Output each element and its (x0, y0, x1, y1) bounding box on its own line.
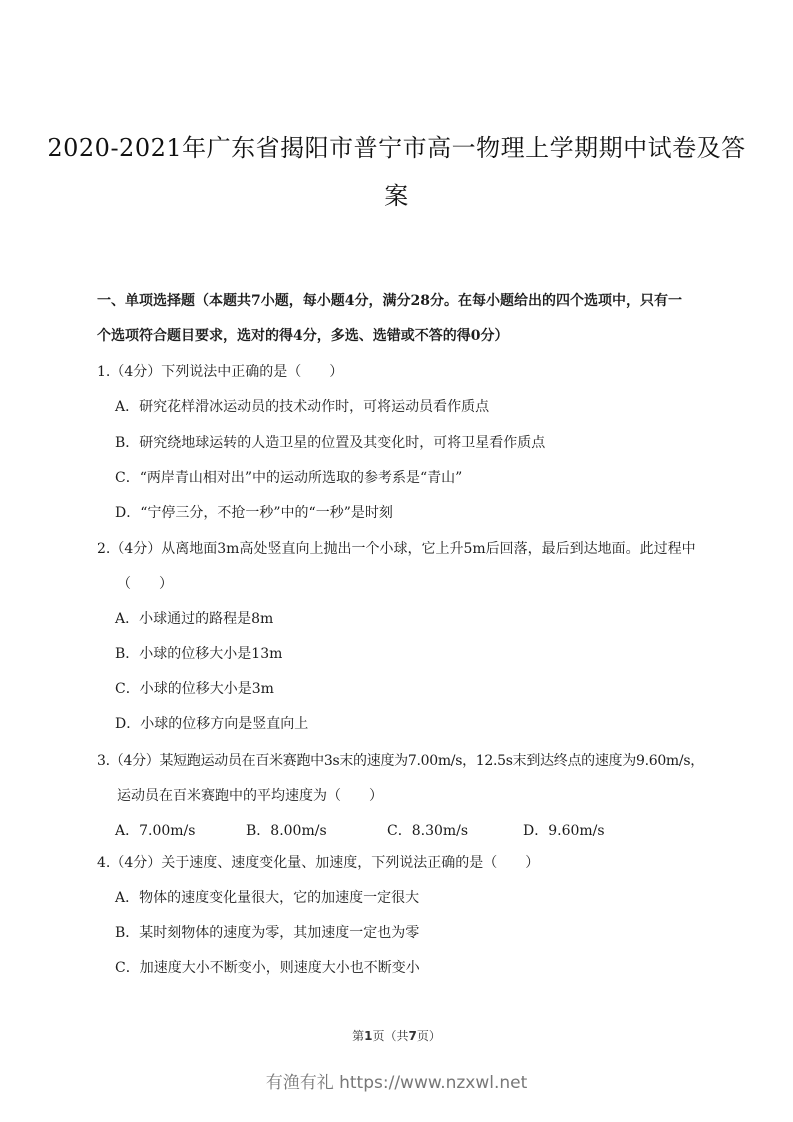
page-footer: 第1页（共7页） (0, 1027, 793, 1044)
question-1-option-c: C．“两岸青山相对出”中的运动所选取的参考系是“青山” (115, 467, 462, 487)
question-2-stem: 2.（4分）从离地面3m高处竖直向上抛出一个小球，它上升5m后回落，最后到达地面… (97, 538, 696, 558)
question-4-option-b: B．某时刻物体的速度为零，其加速度一定也为零 (115, 922, 419, 942)
question-2-option-a: A．小球通过的路程是8m (115, 608, 273, 628)
footer-suffix: 页） (417, 1029, 441, 1043)
question-3-stem-continued: 运动员在百米赛跑中的平均速度为（ ） (117, 785, 383, 805)
question-2-option-c: C．小球的位移大小是3m (115, 678, 274, 698)
question-3-option-c: C．8.30m/s (387, 820, 468, 840)
question-4-stem: 4.（4分）关于速度、速度变化量、加速度，下列说法正确的是（ ） (97, 852, 539, 872)
question-2-option-b: B．小球的位移大小是13m (115, 643, 282, 663)
question-3-stem: 3.（4分）某短跑运动员在百米赛跑中3s末的速度为7.00m/s，12.5s末到… (97, 750, 704, 770)
question-1-option-a: A．研究花样滑冰运动员的技术动作时，可将运动员看作质点 (115, 396, 489, 416)
question-3-option-d: D．9.60m/s (523, 820, 605, 840)
question-4-option-c: C．加速度大小不断变小，则速度大小也不断变小 (115, 957, 420, 977)
watermark-text: 有渔有礼 https://www.nzxwl.net (0, 1068, 793, 1093)
question-3-option-b: B．8.00m/s (246, 820, 327, 840)
footer-prefix: 第 (352, 1029, 364, 1043)
document-title-line1: 2020-2021年广东省揭阳市普宁市高一物理上学期期中试卷及答 (0, 128, 793, 163)
question-2-option-d: D．小球的位移方向是竖直向上 (115, 713, 308, 733)
question-1-option-d: D．“宁停三分，不抢一秒”中的“一秒”是时刻 (115, 502, 393, 522)
section-heading-line1: 一、单项选择题（本题共7小题，每小题4分，满分28分。在每小题给出的四个选项中，… (97, 290, 682, 310)
document-title-line2: 案 (0, 176, 793, 211)
footer-total-pages: 7 (409, 1029, 417, 1043)
question-4-option-a: A．物体的速度变化量很大，它的加速度一定很大 (115, 887, 419, 907)
question-1-stem: 1.（4分）下列说法中正确的是（ ） (97, 361, 343, 381)
question-2-stem-continued: （ ） (117, 573, 173, 593)
question-3-option-a: A．7.00m/s (115, 820, 195, 840)
question-1-option-b: B．研究绕地球运转的人造卫星的位置及其变化时，可将卫星看作质点 (115, 432, 545, 452)
section-heading-line2: 个选项符合题目要求，选对的得4分，多选、选错或不答的得0分） (97, 325, 508, 345)
footer-middle: 页（共 (372, 1029, 408, 1043)
